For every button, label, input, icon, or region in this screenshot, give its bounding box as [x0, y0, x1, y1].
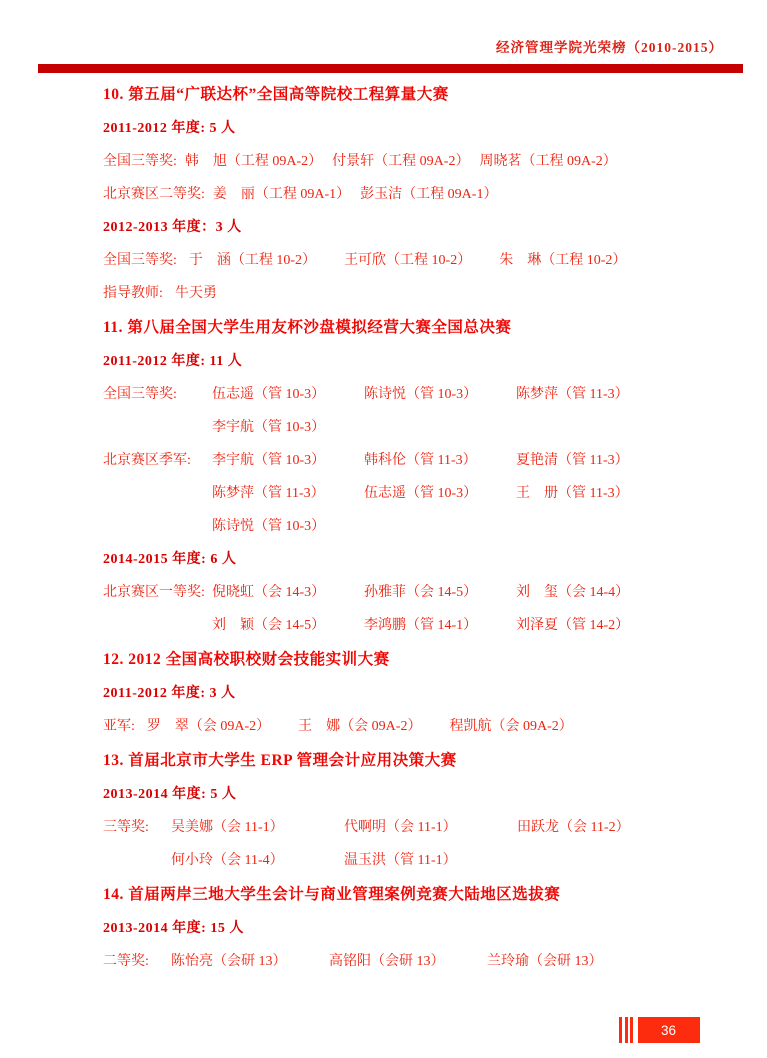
- awardee-cell: 王可欣（工程 10-2）: [344, 251, 471, 271]
- awardee-cell: 牛天勇: [175, 284, 217, 304]
- award-label: 全国三等奖:: [103, 385, 212, 405]
- award-label: 三等奖:: [103, 818, 171, 838]
- section-title: 10. 第五届“广联达杯”全国高等院校工程算量大赛: [103, 84, 753, 106]
- award-label: 北京赛区季军:: [103, 451, 212, 471]
- awardee-cell: 刘 颖（会 14-5）: [212, 616, 364, 636]
- award-label: 二等奖:: [103, 952, 171, 972]
- awardee-cell: 刘 玺（会 14-4）: [516, 583, 668, 603]
- award-label: 全国三等奖:: [103, 251, 177, 271]
- award-row: 陈诗悦（管 10-3）: [103, 517, 753, 537]
- awardee-cell: 姜 丽（工程 09A-1）: [213, 185, 350, 205]
- page-number-badge: 36: [638, 1017, 700, 1043]
- award-label: 全国三等奖:: [103, 152, 177, 172]
- year-heading: 2014-2015 年度: 6 人: [103, 550, 753, 570]
- award-row: 全国三等奖:伍志遥（管 10-3）陈诗悦（管 10-3）陈梦萍（管 11-3）: [103, 385, 753, 405]
- competition-section: 10. 第五届“广联达杯”全国高等院校工程算量大赛2011-2012 年度: 5…: [103, 84, 753, 304]
- awardee-cell: 陈怡亮（会研 13）: [171, 952, 329, 972]
- award-label: 北京赛区一等奖:: [103, 583, 212, 603]
- competition-section: 14. 首届两岸三地大学生会计与商业管理案例竞赛大陆地区选拔赛2013-2014…: [103, 884, 753, 972]
- awardee-cell: 彭玉洁（工程 09A-1）: [360, 185, 497, 205]
- awardee-cell: 韩 旭（工程 09A-2）: [185, 152, 322, 172]
- awardee-cell: 刘泽夏（管 14-2）: [516, 616, 668, 636]
- award-row: 刘 颖（会 14-5）李鸿鹏（管 14-1）刘泽夏（管 14-2）: [103, 616, 753, 636]
- award-row: 指导教师:牛天勇: [103, 284, 753, 304]
- page-footer: 36: [619, 1017, 700, 1043]
- year-heading: 2011-2012 年度: 5 人: [103, 119, 753, 139]
- awardee-cell: 夏艳清（管 11-3）: [516, 451, 668, 471]
- awardee-cell: 罗 翠（会 09A-2）: [147, 717, 270, 737]
- award-row: 陈梦萍（管 11-3）伍志遥（管 10-3）王 册（管 11-3）: [103, 484, 753, 504]
- section-title: 11. 第八届全国大学生用友杯沙盘模拟经营大赛全国总决赛: [103, 317, 753, 339]
- awardee-cell: 吴美娜（会 11-1）: [171, 818, 344, 838]
- awardee-cell: 程凯航（会 09A-2）: [449, 717, 572, 737]
- awardee-cell: 陈诗悦（管 10-3）: [364, 385, 516, 405]
- award-row: 李宇航（管 10-3）: [103, 418, 753, 438]
- awardee-cell: 温玉洪（管 11-1）: [344, 851, 517, 871]
- awardee-cell: 陈梦萍（管 11-3）: [516, 385, 668, 405]
- year-heading: 2013-2014 年度: 15 人: [103, 919, 753, 939]
- award-row: 北京赛区二等奖:姜 丽（工程 09A-1）彭玉洁（工程 09A-1）: [103, 185, 753, 205]
- awardee-cell: 倪晓虹（会 14-3）: [212, 583, 364, 603]
- award-row: 北京赛区季军:李宇航（管 10-3）韩科伦（管 11-3）夏艳清（管 11-3）: [103, 451, 753, 471]
- awardee-cell: 李宇航（管 10-3）: [212, 451, 364, 471]
- header-rule: [38, 64, 743, 73]
- awardee-cell: 何小玲（会 11-4）: [171, 851, 344, 871]
- awardee-cell: 周晓茗（工程 09A-2）: [479, 152, 616, 172]
- award-row: 全国三等奖:于 涵（工程 10-2）王可欣（工程 10-2）朱 琳（工程 10-…: [103, 251, 753, 271]
- year-heading: 2013-2014 年度: 5 人: [103, 785, 753, 805]
- awardee-cell: 伍志遥（管 10-3）: [364, 484, 516, 504]
- award-label: 指导教师:: [103, 284, 163, 304]
- page-number: 36: [661, 1023, 676, 1038]
- document-page: 经济管理学院光荣榜（2010-2015） 10. 第五届“广联达杯”全国高等院校…: [0, 0, 767, 1058]
- award-label: 北京赛区二等奖:: [103, 185, 205, 205]
- award-row: 全国三等奖:韩 旭（工程 09A-2）付景轩（工程 09A-2）周晓茗（工程 0…: [103, 152, 753, 172]
- section-title: 12. 2012 全国高校职校财会技能实训大赛: [103, 649, 753, 671]
- awardee-cell: 陈梦萍（管 11-3）: [212, 484, 364, 504]
- awardee-cell: 兰玲瑜（会研 13）: [487, 952, 645, 972]
- awardee-cell: 于 涵（工程 10-2）: [189, 251, 316, 271]
- year-heading: 2011-2012 年度: 3 人: [103, 684, 753, 704]
- year-heading: 2011-2012 年度: 11 人: [103, 352, 753, 372]
- awardee-cell: 付景轩（工程 09A-2）: [332, 152, 469, 172]
- awardee-cell: 王 娜（会 09A-2）: [298, 717, 421, 737]
- awardee-cell: 朱 琳（工程 10-2）: [499, 251, 626, 271]
- awardee-cell: 代啊明（会 11-1）: [344, 818, 517, 838]
- awardee-cell: 王 册（管 11-3）: [516, 484, 668, 504]
- competition-section: 12. 2012 全国高校职校财会技能实训大赛2011-2012 年度: 3 人…: [103, 649, 753, 737]
- footer-stripe-decoration: [625, 1017, 628, 1043]
- award-row: 三等奖:吴美娜（会 11-1）代啊明（会 11-1）田跃龙（会 11-2）: [103, 818, 753, 838]
- year-heading: 2012-2013 年度：3 人: [103, 218, 753, 238]
- awardee-cell: 陈诗悦（管 10-3）: [212, 517, 364, 537]
- award-row: 北京赛区一等奖:倪晓虹（会 14-3）孙雅菲（会 14-5）刘 玺（会 14-4…: [103, 583, 753, 603]
- awardee-cell: 伍志遥（管 10-3）: [212, 385, 364, 405]
- section-title: 13. 首届北京市大学生 ERP 管理会计应用决策大赛: [103, 750, 753, 772]
- award-row: 二等奖:陈怡亮（会研 13）高铭阳（会研 13）兰玲瑜（会研 13）: [103, 952, 753, 972]
- awardee-cell: 高铭阳（会研 13）: [329, 952, 487, 972]
- honor-roll-content: 10. 第五届“广联达杯”全国高等院校工程算量大赛2011-2012 年度: 5…: [103, 84, 753, 985]
- footer-stripe-decoration: [630, 1017, 633, 1043]
- award-row: 何小玲（会 11-4）温玉洪（管 11-1）: [103, 851, 753, 871]
- awardee-cell: 韩科伦（管 11-3）: [364, 451, 516, 471]
- award-row: 亚军:罗 翠（会 09A-2）王 娜（会 09A-2）程凯航（会 09A-2）: [103, 717, 753, 737]
- award-label: 亚军:: [103, 717, 135, 737]
- awardee-cell: 田跃龙（会 11-2）: [517, 818, 690, 838]
- awardee-cell: 李宇航（管 10-3）: [212, 418, 364, 438]
- competition-section: 13. 首届北京市大学生 ERP 管理会计应用决策大赛2013-2014 年度:…: [103, 750, 753, 871]
- section-title: 14. 首届两岸三地大学生会计与商业管理案例竞赛大陆地区选拔赛: [103, 884, 753, 906]
- footer-stripe-decoration: [619, 1017, 622, 1043]
- page-header-title: 经济管理学院光荣榜（2010-2015）: [496, 36, 723, 56]
- awardee-cell: 孙雅菲（会 14-5）: [364, 583, 516, 603]
- competition-section: 11. 第八届全国大学生用友杯沙盘模拟经营大赛全国总决赛2011-2012 年度…: [103, 317, 753, 636]
- awardee-cell: 李鸿鹏（管 14-1）: [364, 616, 516, 636]
